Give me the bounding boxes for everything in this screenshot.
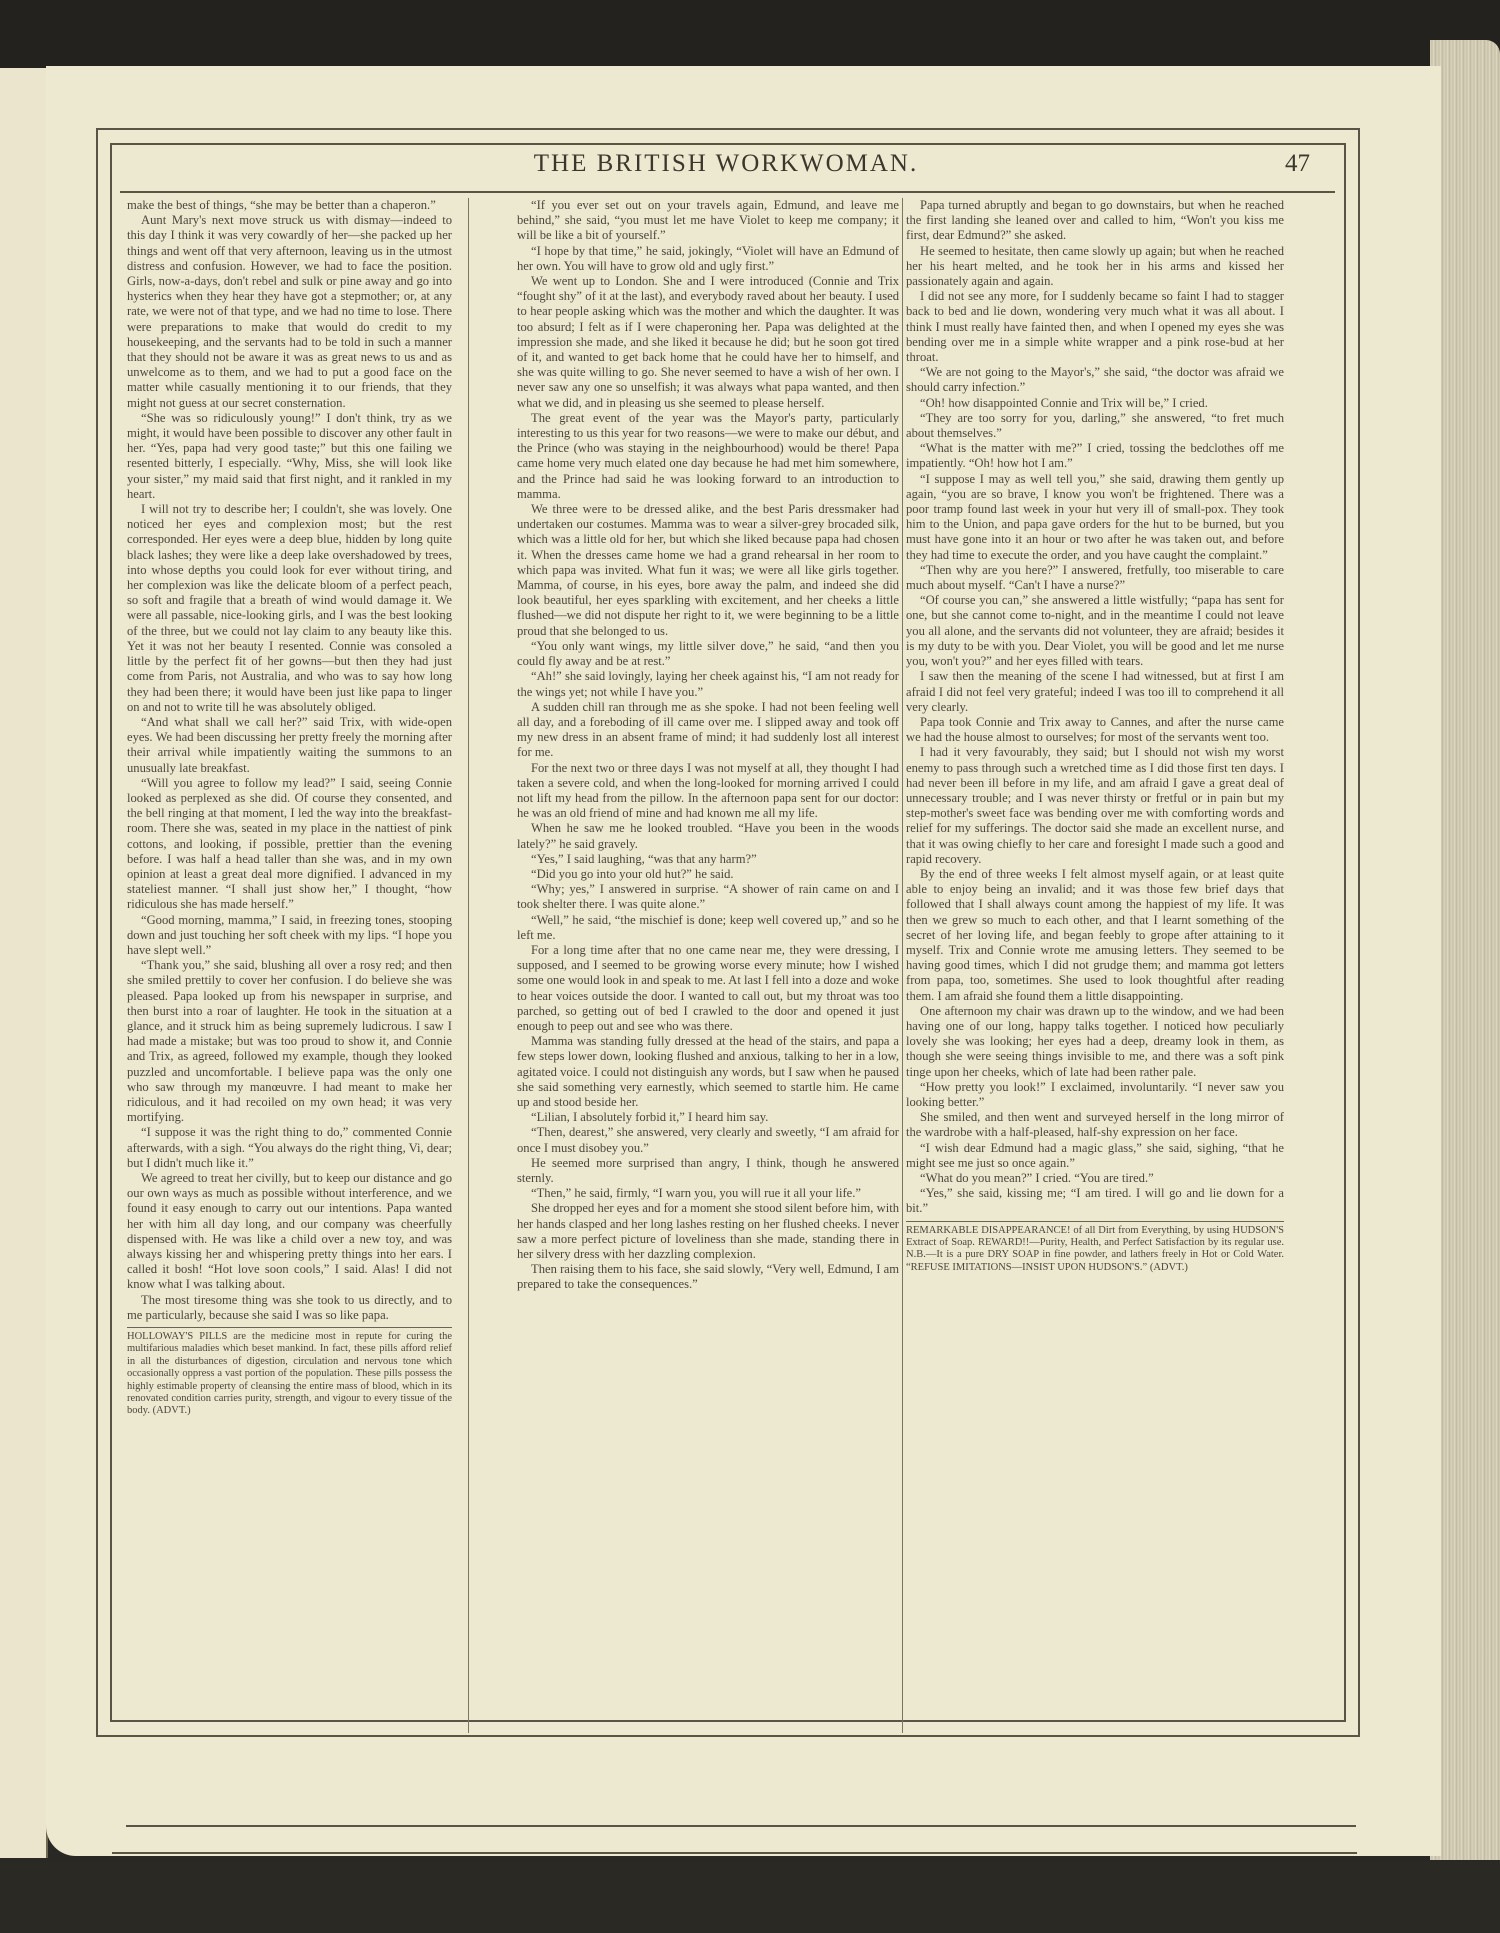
paragraph: When he saw me he looked troubled. “Have… xyxy=(517,821,899,851)
footer-rule xyxy=(126,1825,1356,1827)
paragraph: “If you ever set out on your travels aga… xyxy=(517,198,899,244)
paragraph: “Of course you can,” she answered a litt… xyxy=(906,593,1284,669)
paragraph: make the best of things, “she may be bet… xyxy=(127,198,452,213)
footer-rule xyxy=(112,1852,1357,1854)
paragraph: “What is the matter with me?” I cried, t… xyxy=(906,441,1284,471)
paragraph: A sudden chill ran through me as she spo… xyxy=(517,700,899,761)
paragraph: We went up to London. She and I were int… xyxy=(517,274,899,411)
paragraph: “Then,” he said, firmly, “I warn you, yo… xyxy=(517,1186,899,1201)
paragraph: “We are not going to the Mayor's,” she s… xyxy=(906,365,1284,395)
column-divider xyxy=(902,198,903,1733)
advertisement: HOLLOWAY'S PILLS are the medicine most i… xyxy=(127,1327,452,1418)
paragraph: He seemed more surprised than angry, I t… xyxy=(517,1156,899,1186)
paragraph: Mamma was standing fully dressed at the … xyxy=(517,1034,899,1110)
paragraph: The great event of the year was the Mayo… xyxy=(517,411,899,502)
paragraph: “I hope by that time,” he said, jokingly… xyxy=(517,244,899,274)
paragraph: “I wish dear Edmund had a magic glass,” … xyxy=(906,1141,1284,1171)
facing-page-edge xyxy=(0,68,48,1858)
paragraph: “Well,” he said, “the mischief is done; … xyxy=(517,913,899,943)
column-2: “If you ever set out on your travels aga… xyxy=(517,198,899,1293)
advertisement: REMARKABLE DISAPPEARANCE! of all Dirt fr… xyxy=(906,1221,1284,1275)
paragraph: Papa took Connie and Trix away to Cannes… xyxy=(906,715,1284,745)
background-bottom xyxy=(0,1862,1500,1933)
paragraph: “I suppose I may as well tell you,” she … xyxy=(906,472,1284,563)
paragraph: I saw then the meaning of the scene I ha… xyxy=(906,669,1284,715)
paragraph: One afternoon my chair was drawn up to t… xyxy=(906,1004,1284,1080)
paragraph: “They are too sorry for you, darling,” s… xyxy=(906,411,1284,441)
paragraph: “Thank you,” she said, blushing all over… xyxy=(127,958,452,1125)
paragraph: We three were to be dressed alike, and t… xyxy=(517,502,899,639)
column-1: make the best of things, “she may be bet… xyxy=(127,198,452,1418)
paragraph: “Ah!” she said lovingly, laying her chee… xyxy=(517,669,899,699)
paragraph: “Yes,” she said, kissing me; “I am tired… xyxy=(906,1186,1284,1216)
paragraph: “Oh! how disappointed Connie and Trix wi… xyxy=(906,396,1284,411)
paragraph: He seemed to hesitate, then came slowly … xyxy=(906,244,1284,290)
publication-title: THE BRITISH WORKWOMAN. xyxy=(112,150,1340,178)
paragraph: “Will you agree to follow my lead?” I sa… xyxy=(127,776,452,913)
paragraph: For the next two or three days I was not… xyxy=(517,761,899,822)
paragraph: “Good morning, mamma,” I said, in freezi… xyxy=(127,913,452,959)
paragraph: The most tiresome thing was she took to … xyxy=(127,1293,452,1323)
background-top xyxy=(0,0,1500,70)
paragraph: “Why; yes,” I answered in surprise. “A s… xyxy=(517,882,899,912)
paragraph: “Lilian, I absolutely forbid it,” I hear… xyxy=(517,1110,899,1125)
paragraph: “I suppose it was the right thing to do,… xyxy=(127,1125,452,1171)
paragraph: Papa turned abruptly and began to go dow… xyxy=(906,198,1284,244)
paragraph: She smiled, and then went and surveyed h… xyxy=(906,1110,1284,1140)
header-rule xyxy=(120,191,1335,193)
paragraph: Aunt Mary's next move struck us with dis… xyxy=(127,213,452,411)
paragraph: We agreed to treat her civilly, but to k… xyxy=(127,1171,452,1293)
paragraph: For a long time after that no one came n… xyxy=(517,943,899,1034)
paragraph: By the end of three weeks I felt almost … xyxy=(906,867,1284,1004)
paragraph: “You only want wings, my little silver d… xyxy=(517,639,899,669)
paragraph: “How pretty you look!” I exclaimed, invo… xyxy=(906,1080,1284,1110)
paragraph: I will not try to describe her; I couldn… xyxy=(127,502,452,715)
paragraph: She dropped her eyes and for a moment sh… xyxy=(517,1201,899,1262)
column-3: Papa turned abruptly and began to go dow… xyxy=(906,198,1284,1274)
page-number: 47 xyxy=(1285,150,1310,178)
paragraph: “Then, dearest,” she answered, very clea… xyxy=(517,1125,899,1155)
paragraph: “And what shall we call her?” said Trix,… xyxy=(127,715,452,776)
paragraph: Then raising them to his face, she said … xyxy=(517,1262,899,1292)
paragraph: “She was so ridiculously young!” I don't… xyxy=(127,411,452,502)
paragraph: “What do you mean?” I cried. “You are ti… xyxy=(906,1171,1284,1186)
paragraph: I did not see any more, for I suddenly b… xyxy=(906,289,1284,365)
paragraph: “Yes,” I said laughing, “was that any ha… xyxy=(517,852,899,867)
paragraph: “Did you go into your old hut?” he said. xyxy=(517,867,899,882)
running-header: THE BRITISH WORKWOMAN. 47 xyxy=(112,146,1340,186)
paragraph: I had it very favourably, they said; but… xyxy=(906,745,1284,867)
column-divider xyxy=(468,198,469,1733)
paragraph: “Then why are you here?” I answered, fre… xyxy=(906,563,1284,593)
